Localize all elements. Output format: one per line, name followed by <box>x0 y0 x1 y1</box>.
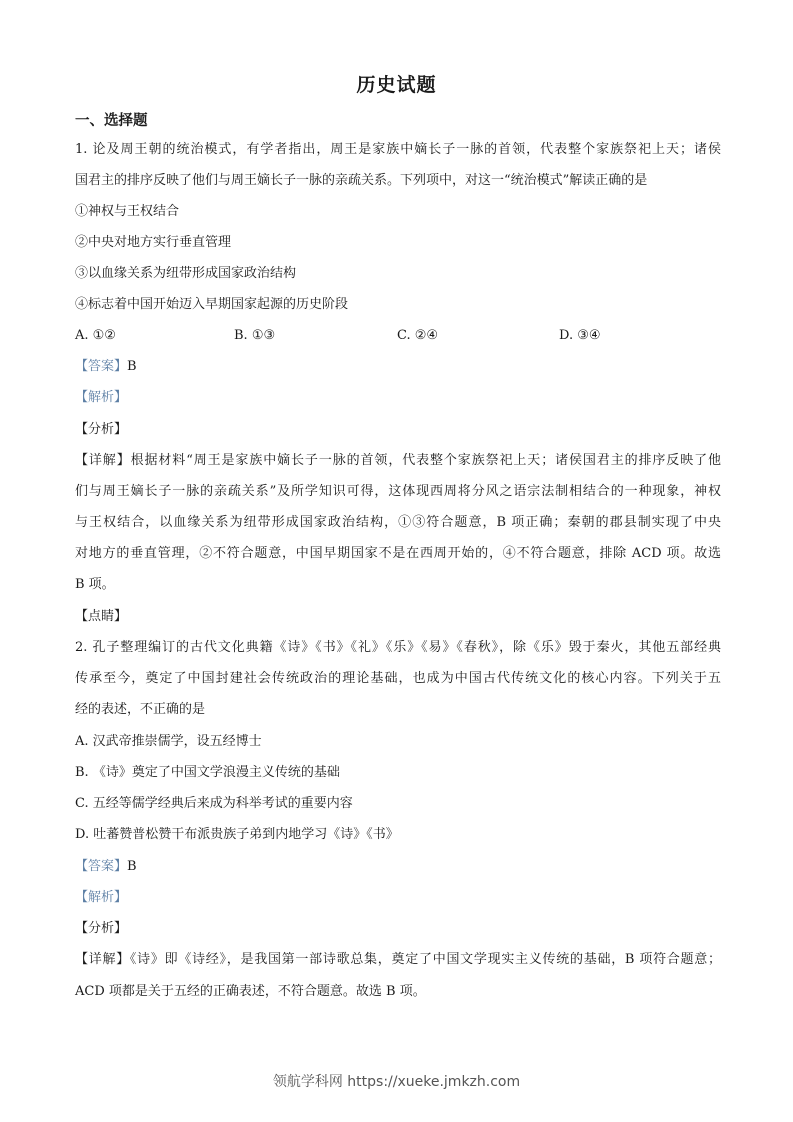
answer-value: B <box>127 359 137 374</box>
q1-detail-line-4: 对地方的垂直管理，②不符合题意，中国早期国家不是在西周开始的，④不符合题意，排除… <box>75 546 721 562</box>
answer-value: B <box>127 859 137 874</box>
q2-stem-line-1: 2. 孔子整理编订的古代文化典籍《诗》《书》《礼》《乐》《易》《春秋》，除《乐》… <box>75 640 721 656</box>
q1-analysis-tag: 【解析】 <box>75 390 721 406</box>
q1-statement-1: ①神权与王权结合 <box>75 204 721 220</box>
q2-option-d: D. 吐蕃赞普松赞干布派贵族子弟到内地学习《诗》《书》 <box>75 827 721 843</box>
q2-analysis-tag: 【解析】 <box>75 890 721 906</box>
q2-stem-line-3: 经的表述，不正确的是 <box>75 702 721 718</box>
q1-detail-line-5: B 项。 <box>75 577 721 593</box>
q1-option-b: B. ①③ <box>234 328 275 344</box>
q1-detail-line-2: 们与周王嫡长子一脉的亲疏关系”及所学知识可得，这体现西周将分风之语宗法制相结合的… <box>75 484 721 500</box>
q1-option-a: A. ①② <box>75 328 116 344</box>
document-title: 历史试题 <box>0 70 793 97</box>
answer-tag: 【答案】 <box>75 859 127 874</box>
answer-tag: 【答案】 <box>75 359 127 374</box>
q2-detail-line-1: 【详解】《诗》即《诗经》，是我国第一部诗歌总集，奠定了中国文学现实主义传统的基础… <box>75 952 721 968</box>
q2-option-c: C. 五经等儒学经典后来成为科举考试的重要内容 <box>75 796 721 812</box>
q2-stem-line-2: 传承至今，奠定了中国封建社会传统政治的理论基础，也成为中国古代传统文化的核心内容… <box>75 671 721 687</box>
section-heading: 一、选择题 <box>75 109 148 130</box>
q2-option-b: B. 《诗》奠定了中国文学浪漫主义传统的基础 <box>75 765 721 781</box>
q1-stem-line-2: 国君主的排序反映了他们与周王嫡长子一脉的亲疏关系。下列项中，对这一“统治模式”解… <box>75 173 721 189</box>
q1-detail-line-1: 【详解】根据材料“周王是家族中嫡长子一脉的首领，代表整个家族祭祀上天；诸侯国君主… <box>75 453 721 469</box>
q1-dianjing-tag: 【点睛】 <box>75 609 721 625</box>
document-page: 历史试题 一、选择题 1. 论及周王朝的统治模式，有学者指出，周王是家族中嫡长子… <box>0 0 793 1122</box>
q2-fenxi-tag: 【分析】 <box>75 921 721 937</box>
q1-answer: 【答案】B <box>75 359 721 375</box>
q2-answer: 【答案】B <box>75 859 721 875</box>
q1-statement-3: ③以血缘关系为纽带形成国家政治结构 <box>75 266 721 282</box>
q1-stem-line-1: 1. 论及周王朝的统治模式，有学者指出，周王是家族中嫡长子一脉的首领，代表整个家… <box>75 142 721 158</box>
q1-option-d: D. ③④ <box>559 328 601 344</box>
q2-detail-line-2: ACD 项都是关于五经的正确表述，不符合题意。故选 B 项。 <box>75 984 721 1000</box>
q1-detail-line-3: 与王权结合，以血缘关系为纽带形成国家政治结构，①③符合题意，B 项正确；秦朝的郡… <box>75 515 721 531</box>
footer-watermark: 领航学科网 https://xueke.jmkzh.com <box>0 1071 793 1091</box>
q1-statement-4: ④标志着中国开始迈入早期国家起源的历史阶段 <box>75 297 721 313</box>
q1-statement-2: ②中央对地方实行垂直管理 <box>75 235 721 251</box>
q2-option-a: A. 汉武帝推崇儒学，设五经博士 <box>75 734 721 750</box>
q1-fenxi-tag: 【分析】 <box>75 422 721 438</box>
q1-option-c: C. ②④ <box>397 328 438 344</box>
